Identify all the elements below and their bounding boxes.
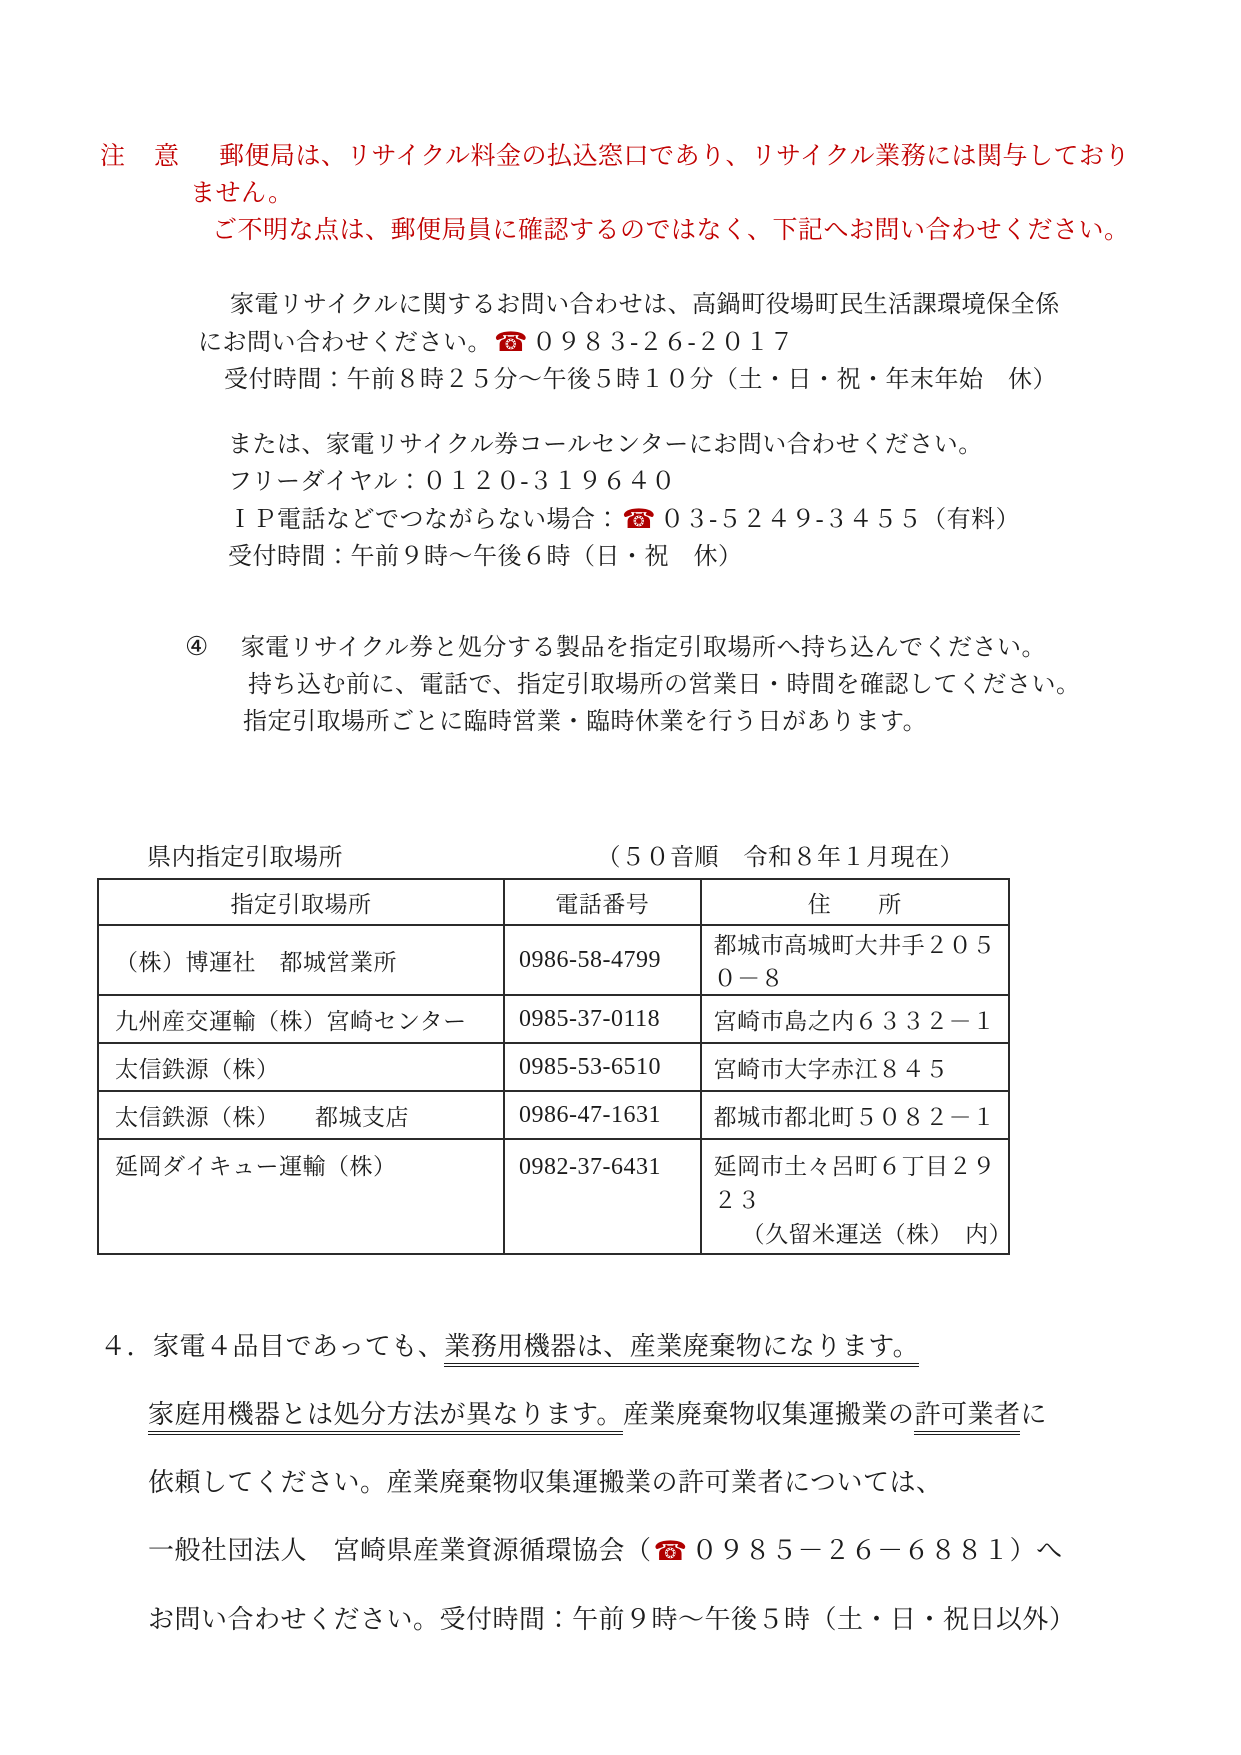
caution-label: 注 意 xyxy=(100,143,181,170)
address-line-2: （久留米運送（株） 内） xyxy=(714,1218,1007,1252)
table-header-row: 指定引取場所 電話番号 住 所 xyxy=(98,879,1009,925)
section-4-text-1: 家電４品目であっても、 xyxy=(153,1332,444,1361)
step-number: ④ xyxy=(185,632,209,661)
caution-line-2: ません。 xyxy=(190,175,1181,212)
caution-text-1: 郵便局は、リサイクル料金の払込窓口であり、リサイクル業務には関与しており xyxy=(219,143,1130,170)
telephone-icon: ☎ xyxy=(654,1536,688,1567)
section-4-block: ４．家電４品目であっても、業務用機器は、産業廃棄物になります。 家庭用機器とは処… xyxy=(100,1329,1201,1638)
cell-address: 都城市高城町大井手２０５０－８ xyxy=(701,925,1009,995)
step-4-line-2: 持ち込む前に、電話で、指定引取場所の営業日・時間を確認してください。 xyxy=(0,667,1241,704)
call-center-hours: 受付時間：午前９時～午後６時（日・祝 休） xyxy=(228,539,1201,576)
ip-phone-number: ０３-５２４９-３４５５ xyxy=(660,507,922,533)
table-caption-note: （５０音順 令和８年１月現在） xyxy=(597,837,965,872)
section-4-underlined-3: 許可業者 xyxy=(914,1400,1020,1435)
section-4-line-5: お問い合わせください。受付時間：午前９時～午後５時（土・日・祝日以外） xyxy=(148,1602,1201,1638)
cell-address: 延岡市土々呂町６丁目２９２３ （久留米運送（株） 内） xyxy=(701,1139,1009,1254)
cell-phone: 0985-53-6510 xyxy=(504,1043,701,1091)
call-center-ip-line: ＩＰ電話などでつながらない場合：☎０３-５２４９-３４５５（有料） xyxy=(228,501,1201,539)
section-4-text-4b: ）へ xyxy=(1010,1536,1063,1565)
call-center-freedial: フリーダイヤル：０１２０-３１９６４０ xyxy=(228,464,1201,501)
town-phone-number: ０９８３-２６-２０１７ xyxy=(532,330,794,356)
town-contact-text: にお問い合わせください。 xyxy=(198,330,492,356)
cell-location: 太信鉄源（株） xyxy=(98,1043,504,1091)
section-4-line-4: 一般社団法人 宮崎県産業資源循環協会（☎０９８５－２６－６８８１）へ xyxy=(148,1533,1201,1570)
cell-location: 太信鉄源（株） 都城支店 xyxy=(98,1091,504,1139)
document-page: 注 意郵便局は、リサイクル料金の払込窓口であり、リサイクル業務には関与しており … xyxy=(0,0,1241,1755)
call-center-line-1: または、家電リサイクル券コールセンターにお問い合わせください。 xyxy=(228,427,1201,464)
town-contact-paragraph: 家電リサイクルに関するお問い合わせは、高鍋町役場町民生活課環境保全係 にお問い合… xyxy=(198,287,1201,399)
cell-address: 宮崎市島之内６３３２－１ xyxy=(701,995,1009,1043)
cell-address: 宮崎市大字赤江８４５ xyxy=(701,1043,1009,1091)
address-line-1: 延岡市土々呂町６丁目２９２３ xyxy=(714,1150,1007,1218)
caution-line-1: 注 意郵便局は、リサイクル料金の払込窓口であり、リサイクル業務には関与しており xyxy=(100,138,1181,175)
section-4-number: ４． xyxy=(100,1332,153,1361)
table-row: （株）博運社 都城営業所 0986-58-4799 都城市高城町大井手２０５０－… xyxy=(98,925,1009,995)
step-4-block: ④家電リサイクル券と処分する製品を指定引取場所へ持ち込んでください。 持ち込む前… xyxy=(0,628,1241,741)
cell-address: 都城市都北町５０８２－１ xyxy=(701,1091,1009,1139)
town-contact-line-2: にお問い合わせください。☎０９８３-２６-２０１７ xyxy=(198,324,1201,362)
header-phone: 電話番号 xyxy=(504,879,701,925)
section-4-underlined-1: 業務用機器は、産業廃棄物になります。 xyxy=(444,1332,919,1367)
step-4-line-1: ④家電リサイクル券と処分する製品を指定引取場所へ持ち込んでください。 xyxy=(0,628,1241,667)
caution-line-3: ご不明な点は、郵便局員に確認するのではなく、下記へお問い合わせください。 xyxy=(212,212,1181,249)
table-row: 九州産交運輸（株）宮崎センター 0985-37-0118 宮崎市島之内６３３２－… xyxy=(98,995,1009,1043)
table-row: 延岡ダイキュー運輸（株） 0982-37-6431 延岡市土々呂町６丁目２９２３… xyxy=(98,1139,1009,1254)
step-text-1: 家電リサイクル券と処分する製品を指定引取場所へ持ち込んでください。 xyxy=(241,635,1046,661)
pickup-locations-table: 指定引取場所 電話番号 住 所 （株）博運社 都城営業所 0986-58-479… xyxy=(97,878,1010,1255)
telephone-icon: ☎ xyxy=(622,504,656,535)
table-row: 太信鉄源（株） 都城支店 0986-47-1631 都城市都北町５０８２－１ xyxy=(98,1091,1009,1139)
table-row: 太信鉄源（株） 0985-53-6510 宮崎市大字赤江８４５ xyxy=(98,1043,1009,1091)
section-4-line-3: 依頼してください。産業廃棄物収集運搬業の許可業者については、 xyxy=(148,1465,1201,1501)
section-4-line-1: ４．家電４品目であっても、業務用機器は、産業廃棄物になります。 xyxy=(100,1329,1201,1365)
ip-phone-suffix: （有料） xyxy=(922,507,1020,533)
cell-phone: 0982-37-6431 xyxy=(504,1139,701,1254)
cell-location: 九州産交運輸（株）宮崎センター xyxy=(98,995,504,1043)
caution-block: 注 意郵便局は、リサイクル料金の払込窓口であり、リサイクル業務には関与しており … xyxy=(100,138,1181,249)
table-caption-row: 県内指定引取場所 （５０音順 令和８年１月現在） xyxy=(97,837,1010,872)
section-4-text-2b: に xyxy=(1020,1400,1047,1429)
call-center-paragraph: または、家電リサイクル券コールセンターにお問い合わせください。 フリーダイヤル：… xyxy=(228,427,1201,576)
association-name: 一般社団法人 宮崎県産業資源循環協会（ xyxy=(148,1536,652,1565)
telephone-icon: ☎ xyxy=(494,327,528,358)
cell-phone: 0985-37-0118 xyxy=(504,995,701,1043)
table-caption: 県内指定引取場所 xyxy=(147,837,343,872)
town-contact-line-1: 家電リサイクルに関するお問い合わせは、高鍋町役場町民生活課環境保全係 xyxy=(198,287,1201,324)
section-4-text-2: 産業廃棄物収集運搬業の xyxy=(623,1400,915,1429)
section-4-line-2: 家庭用機器とは処分方法が異なります。産業廃棄物収集運搬業の許可業者に xyxy=(148,1397,1201,1433)
step-4-line-3: 指定引取場所ごとに臨時営業・臨時休業を行う日があります。 xyxy=(0,704,1241,741)
cell-location: 延岡ダイキュー運輸（株） xyxy=(98,1139,504,1254)
cell-location: （株）博運社 都城営業所 xyxy=(98,925,504,995)
association-phone: ０９８５－２６－６８８１ xyxy=(692,1536,1010,1565)
cell-phone: 0986-58-4799 xyxy=(504,925,701,995)
ip-phone-text: ＩＰ電話などでつながらない場合： xyxy=(228,507,620,533)
section-4-underlined-2: 家庭用機器とは処分方法が異なります。 xyxy=(148,1400,623,1435)
header-address: 住 所 xyxy=(701,879,1009,925)
cell-phone: 0986-47-1631 xyxy=(504,1091,701,1139)
header-location: 指定引取場所 xyxy=(98,879,504,925)
town-contact-hours: 受付時間：午前８時２５分～午後５時１０分（土・日・祝・年末年始 休） xyxy=(224,362,1201,399)
